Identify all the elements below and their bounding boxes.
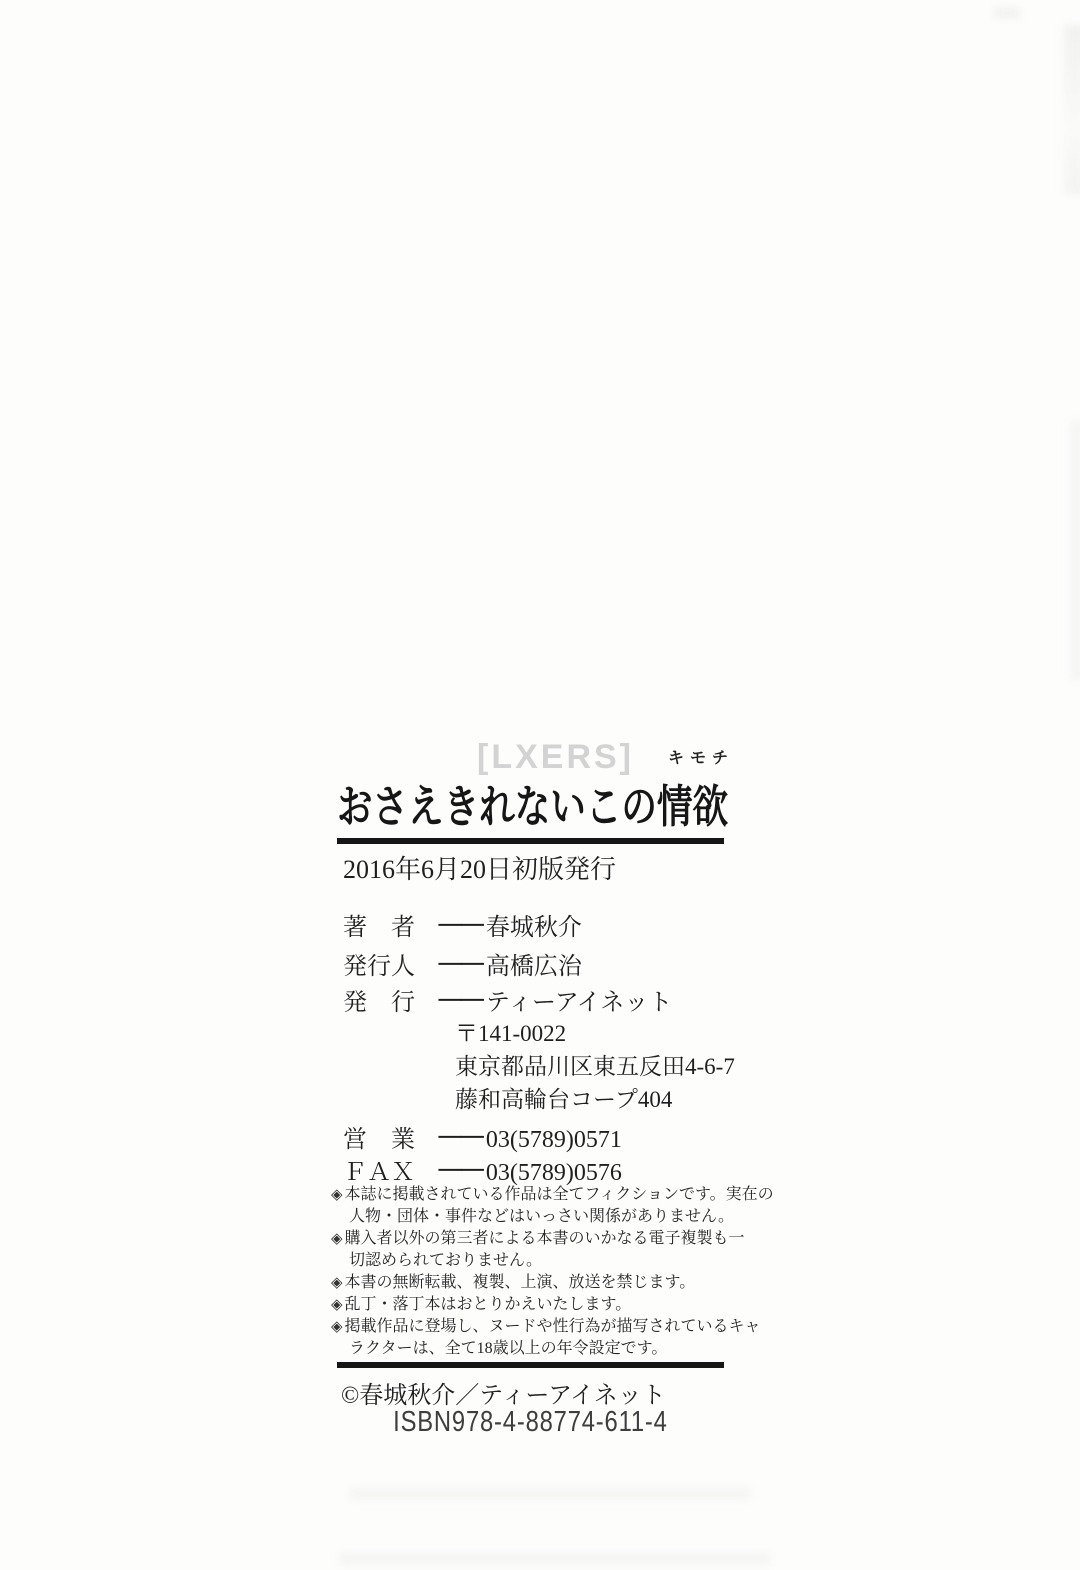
address-line-1: 東京都品川区東五反田4-6-7 bbox=[455, 1050, 735, 1083]
copyright-line: ©春城秋介／ティーアイネット bbox=[341, 1375, 666, 1410]
scan-artifact bbox=[350, 1488, 750, 1500]
note-text: 掲載作品に登場し、ヌードや性行為が描写されているキャ bbox=[345, 1318, 761, 1335]
note-line: 人物・団体・事件などはいっさい関係がありません。 bbox=[331, 1206, 811, 1228]
scan-artifact bbox=[994, 8, 1020, 18]
credit-value: 春城秋介 bbox=[486, 915, 582, 941]
note-text: 購入者以外の第三者による本書のいかなる電子複製も一 bbox=[345, 1230, 745, 1247]
note-line: ◈乱丁・落丁本はおとりかえいたします。 bbox=[331, 1294, 811, 1316]
diamond-bullet-icon: ◈ bbox=[331, 1319, 343, 1335]
leader-dash: ── bbox=[439, 950, 484, 978]
note-line: ◈掲載作品に登場し、ヌードや性行為が描写されているキャ bbox=[331, 1316, 811, 1338]
isbn-container: ISBN978-4-88774-611-4 bbox=[337, 1406, 724, 1439]
credit-value: ティーアイネット bbox=[486, 990, 672, 1016]
contact-row-sales: 営 業──03(5789)0571 bbox=[343, 1119, 622, 1154]
contact-label: ＦＡＸ bbox=[343, 1152, 439, 1187]
note-text: 本書の無断転載、複製、上演、放送を禁じます。 bbox=[345, 1274, 696, 1291]
divider-top bbox=[337, 838, 724, 844]
note-line: ◈本誌に掲載されている作品は全てフィクションです。実在の bbox=[331, 1184, 811, 1206]
note-text: 切認められておりません。 bbox=[349, 1252, 542, 1269]
scan-artifact bbox=[340, 1553, 770, 1565]
edition-date: 2016年6月20日初版発行 bbox=[343, 849, 616, 886]
postal-code: 〒141-0022 bbox=[455, 1017, 735, 1050]
notes-list: ◈本誌に掲載されている作品は全てフィクションです。実在の 人物・団体・事件などは… bbox=[331, 1184, 811, 1360]
diamond-bullet-icon: ◈ bbox=[331, 1231, 343, 1247]
credit-value: 高橋広治 bbox=[486, 954, 582, 980]
leader-dash: ── bbox=[439, 986, 484, 1014]
divider-bottom bbox=[337, 1362, 724, 1368]
leader-dash: ── bbox=[439, 1123, 484, 1151]
leader-dash: ── bbox=[439, 911, 484, 939]
credit-row-publisher: 発 行──ティーアイネット bbox=[343, 982, 672, 1017]
note-line: ラクターは、全て18歳以上の年令設定です。 bbox=[331, 1338, 811, 1360]
note-text: 人物・団体・事件などはいっさい関係がありません。 bbox=[349, 1208, 734, 1225]
leader-dash: ── bbox=[439, 1156, 484, 1184]
credit-row-publisher-person: 発行人──高橋広治 bbox=[343, 946, 582, 981]
credit-label: 発 行 bbox=[343, 982, 439, 1017]
address-line-2: 藤和高輪台コープ404 bbox=[455, 1083, 735, 1116]
book-title: おさえきれないこの情欲 bbox=[337, 770, 728, 835]
diamond-bullet-icon: ◈ bbox=[331, 1187, 343, 1203]
note-line: ◈本書の無断転載、複製、上演、放送を禁じます。 bbox=[331, 1272, 811, 1294]
book-title-main: おさえきれないこの bbox=[337, 782, 657, 832]
diamond-bullet-icon: ◈ bbox=[331, 1275, 343, 1291]
scan-artifact bbox=[1070, 420, 1080, 680]
note-text: ラクターは、全て18歳以上の年令設定です。 bbox=[349, 1340, 667, 1357]
scan-artifact bbox=[1064, 25, 1080, 195]
note-text: 本誌に掲載されている作品は全てフィクションです。実在の bbox=[345, 1186, 774, 1203]
isbn-number: ISBN978-4-88774-611-4 bbox=[393, 1406, 668, 1439]
note-text: 乱丁・落丁本はおとりかえいたします。 bbox=[345, 1296, 632, 1313]
note-line: 切認められておりません。 bbox=[331, 1250, 811, 1272]
contact-phone: 03(5789)0576 bbox=[486, 1160, 622, 1186]
contact-row-fax: ＦＡＸ──03(5789)0576 bbox=[343, 1152, 622, 1187]
note-line: ◈購入者以外の第三者による本書のいかなる電子複製も一 bbox=[331, 1228, 811, 1250]
credit-row-author: 著 者──春城秋介 bbox=[343, 907, 582, 942]
colophon-page: [LXERS] キモチ おさえきれないこの情欲 2016年6月20日初版発行 著… bbox=[0, 0, 1080, 1570]
contact-phone: 03(5789)0571 bbox=[486, 1127, 622, 1153]
book-title-ruby-base: 情欲 bbox=[657, 782, 728, 832]
credit-label: 発行人 bbox=[343, 946, 439, 981]
credit-label: 著 者 bbox=[343, 907, 439, 942]
title-furigana: キモチ bbox=[658, 745, 738, 768]
contact-label: 営 業 bbox=[343, 1119, 439, 1154]
diamond-bullet-icon: ◈ bbox=[331, 1297, 343, 1313]
publisher-address: 〒141-0022 東京都品川区東五反田4-6-7 藤和高輪台コープ404 bbox=[455, 1017, 735, 1116]
